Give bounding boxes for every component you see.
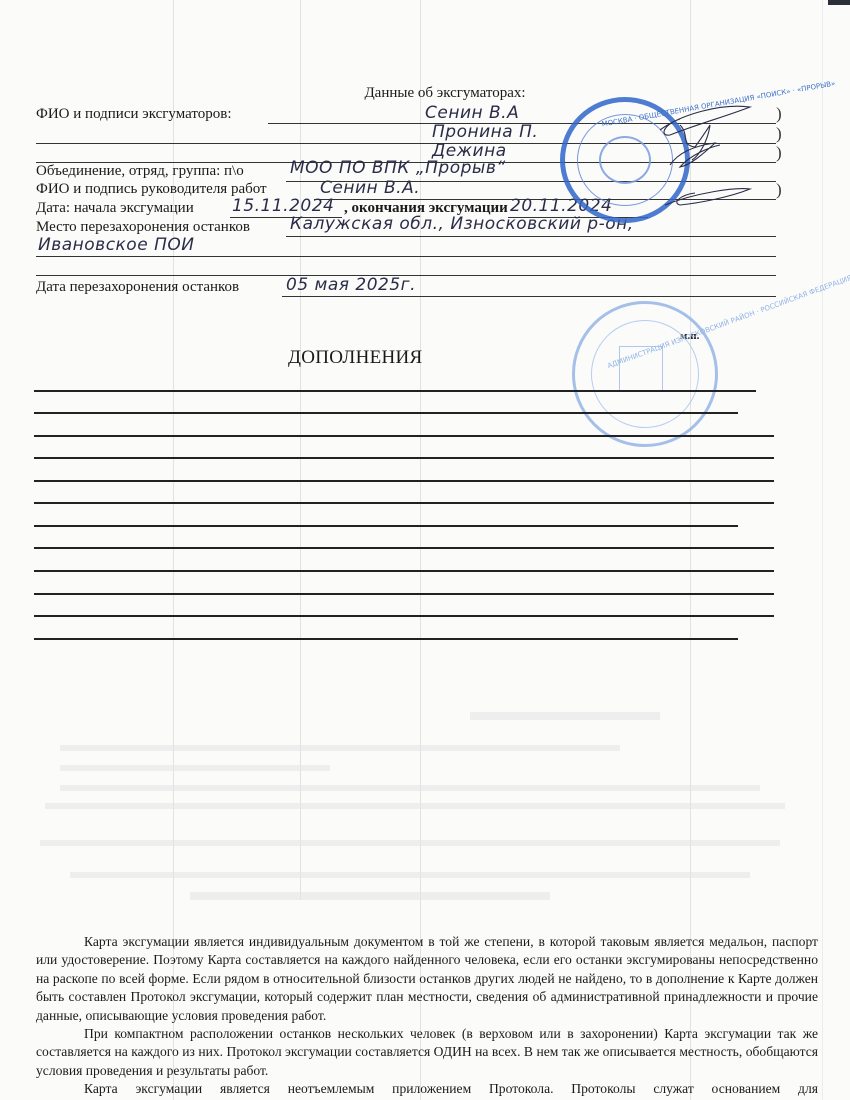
reburial-place-value-2[interactable]: Ивановское ПОИ: [38, 235, 194, 255]
additions-line-4[interactable]: [34, 457, 774, 459]
reburial-place-value-1[interactable]: Калужская обл., Износковский р-он,: [290, 214, 634, 234]
document-page: Данные об эксгуматорах: ФИО и подписи эк…: [0, 0, 850, 1100]
administration-stamp-icon: [572, 301, 718, 447]
show-through-text: [70, 872, 750, 878]
instructions-paragraph-3: Карта эксгумации является неотъемлемым п…: [36, 1080, 818, 1098]
additions-title: ДОПОЛНЕНИЯ: [288, 347, 423, 369]
exhumer-name-1[interactable]: Сенин В.А: [425, 103, 519, 123]
show-through-text: [470, 712, 660, 720]
additions-line-9[interactable]: [34, 570, 774, 572]
additions-line-8[interactable]: [34, 547, 774, 549]
reburial-place-label: Место перезахоронения останков: [36, 219, 250, 236]
reburial-place-line-1: [286, 236, 776, 237]
additions-line-5[interactable]: [34, 480, 774, 482]
show-through-text: [40, 840, 780, 846]
instructions-paragraph-2: При компактном расположении останков нес…: [36, 1025, 818, 1080]
instructions-text: Карта эксгумации является индивидуальным…: [36, 933, 818, 1099]
unit-value[interactable]: МОО ПО ВПК „Прорыв“: [290, 158, 506, 178]
reburial-date-line: [282, 296, 776, 297]
additions-line-1[interactable]: [34, 390, 756, 392]
instructions-paragraph-1: Карта эксгумации является индивидуальным…: [36, 933, 818, 1025]
reburial-date-value[interactable]: 05 мая 2025г.: [286, 275, 416, 295]
bracket: ): [776, 143, 782, 163]
show-through-text: [60, 785, 760, 791]
additions-line-2[interactable]: [34, 412, 738, 414]
reburial-place-line-2: [36, 256, 776, 257]
additions-line-11[interactable]: [34, 615, 774, 617]
bracket: ): [776, 104, 782, 124]
unit-label: Объединение, отряд, группа: п\о: [36, 163, 244, 180]
additions-line-10[interactable]: [34, 593, 774, 595]
additions-line-3[interactable]: [34, 435, 774, 437]
show-through-text: [60, 765, 330, 771]
exhumer-name-2[interactable]: Пронина П.: [432, 122, 538, 142]
bracket: ): [776, 124, 782, 144]
show-through-text: [60, 745, 620, 751]
bracket: ): [776, 180, 782, 200]
additions-line-6[interactable]: [34, 502, 774, 504]
start-date-value[interactable]: 15.11.2024: [232, 196, 334, 216]
exhumers-label: ФИО и подписи эксгуматоров:: [36, 106, 232, 123]
leader-value[interactable]: Сенин В.А.: [320, 178, 420, 198]
additions-line-7[interactable]: [34, 525, 738, 527]
reburial-date-label: Дата перезахоронения останков: [36, 279, 239, 296]
show-through-text: [190, 892, 550, 900]
scan-edge-mark: [828, 0, 850, 5]
signatures-icon: [640, 85, 770, 215]
start-date-label: Дата: начала эксгумации: [36, 200, 194, 217]
show-through-text: [45, 803, 785, 809]
show-through-line: [822, 0, 823, 1100]
additions-line-12[interactable]: [34, 638, 738, 640]
